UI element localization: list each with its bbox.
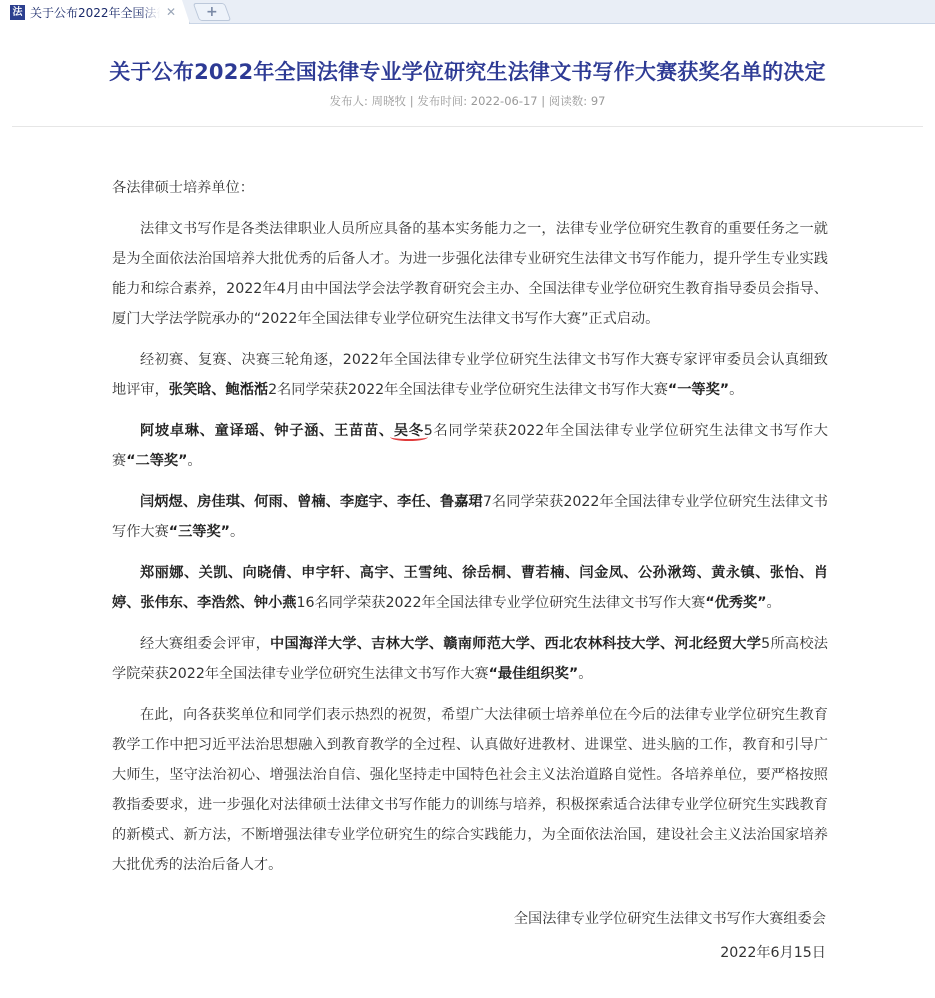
tab-title: 关于公布2022年全国法律专业学位研究生法律文书写作大赛获奖名单的决定 xyxy=(30,4,160,21)
text: 。 xyxy=(187,453,201,469)
text: 。 xyxy=(767,595,781,611)
third-prize-names: 闫炳煜、房佳琪、何雨、曾楠、李庭宇、李任、鲁嘉珺 xyxy=(140,494,483,510)
signature-block: 全国法律专业学位研究生法律文书写作大赛组委会 2022年6月15日 xyxy=(514,902,826,970)
organization-prize-schools: 中国海洋大学、吉林大学、赣南师范大学、西北农林科技大学、河北经贸大学 xyxy=(270,636,761,652)
close-tab-icon[interactable]: ✕ xyxy=(166,5,176,19)
paragraph-closing: 在此，向各获奖单位和同学们表示热烈的祝贺，希望广大法律硕士培养单位在今后的法律专… xyxy=(112,700,828,880)
browser-tab-active[interactable]: 法 关于公布2022年全国法律专业学位研究生法律文书写作大赛获奖名单的决定 ✕ xyxy=(0,0,190,24)
paragraph-intro: 法律文书写作是各类法律职业人员所应具备的基本实务能力之一，法律专业学位研究生教育… xyxy=(112,214,828,334)
text: 经大赛组委会评审， xyxy=(140,636,270,652)
article-body: 各法律硕士培养单位： 法律文书写作是各类法律职业人员所应具备的基本实务能力之一，… xyxy=(112,173,828,891)
paragraph-merit-prize: 郑丽娜、关凯、向晓倩、申宇轩、高宇、王雪纯、徐岳桐、曹若楠、闫金凤、公孙湫筠、黄… xyxy=(112,558,828,618)
text: 2名同学荣获2022年全国法律专业学位研究生法律文书写作大赛 xyxy=(268,382,668,398)
paragraph-first-prize: 经初赛、复赛、决赛三轮角逐，2022年全国法律专业学位研究生法律文书写作大赛专家… xyxy=(112,345,828,405)
article-title: 关于公布2022年全国法律专业学位研究生法律文书写作大赛获奖名单的决定 xyxy=(0,56,935,86)
paragraph-second-prize: 阿坡卓琳、童译瑶、钟子涵、王苗苗、吴冬5名同学荣获2022年全国法律专业学位研究… xyxy=(112,416,828,476)
first-prize-names: 张笑晗、鲍湉湉 xyxy=(169,382,268,398)
header-divider xyxy=(12,126,923,127)
text: 。 xyxy=(578,666,592,682)
merit-prize-label: “优秀奖” xyxy=(705,595,766,611)
salutation: 各法律硕士培养单位： xyxy=(112,173,828,203)
organization-prize-label: “最佳组织奖” xyxy=(489,666,579,682)
text: 。 xyxy=(729,382,743,398)
signature-org: 全国法律专业学位研究生法律文书写作大赛组委会 xyxy=(514,902,826,936)
paragraph-third-prize: 闫炳煜、房佳琪、何雨、曾楠、李庭宇、李任、鲁嘉珺7名同学荣获2022年全国法律专… xyxy=(112,487,828,547)
signature-date: 2022年6月15日 xyxy=(514,936,826,970)
plus-icon: + xyxy=(206,4,218,20)
third-prize-label: “三等奖” xyxy=(169,524,230,540)
new-tab-button[interactable]: + xyxy=(193,3,232,21)
second-prize-names: 阿坡卓琳、童译瑶、钟子涵、王苗苗、 xyxy=(140,423,394,439)
first-prize-label: “一等奖” xyxy=(668,382,729,398)
text: 16名同学荣获2022年全国法律专业学位研究生法律文书写作大赛 xyxy=(296,595,705,611)
browser-tab-bar: 法 关于公布2022年全国法律专业学位研究生法律文书写作大赛获奖名单的决定 ✕ … xyxy=(0,0,935,24)
second-prize-label: “二等奖” xyxy=(126,453,187,469)
site-favicon-icon: 法 xyxy=(10,5,25,20)
highlighted-name-annotation: 吴冬 xyxy=(394,423,424,439)
text: 。 xyxy=(230,524,244,540)
paragraph-organization-prize: 经大赛组委会评审，中国海洋大学、吉林大学、赣南师范大学、西北农林科技大学、河北经… xyxy=(112,629,828,689)
article-meta: 发布人: 周晓牧 | 发布时间: 2022-06-17 | 阅读数: 97 xyxy=(0,93,935,109)
